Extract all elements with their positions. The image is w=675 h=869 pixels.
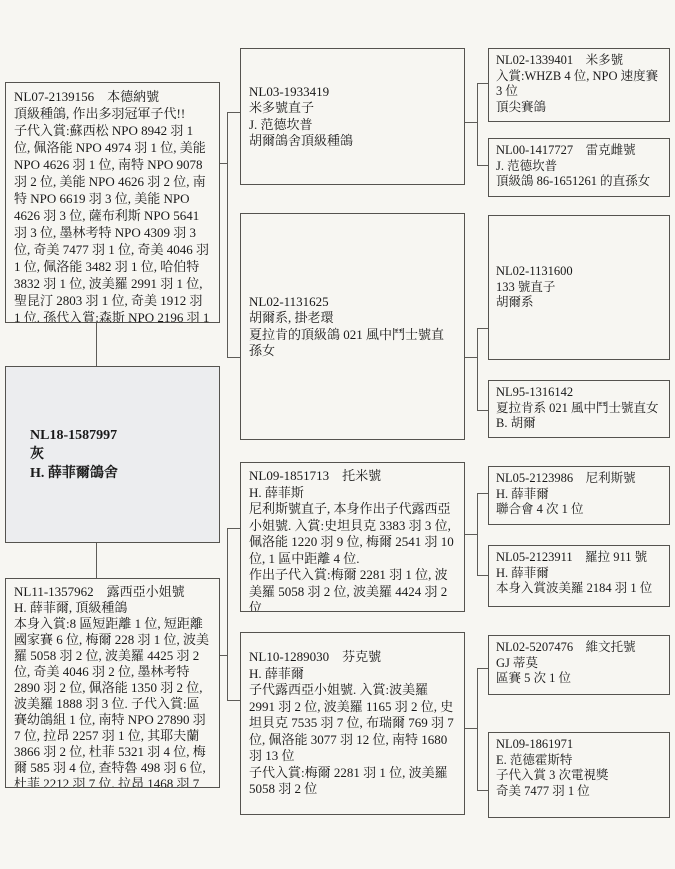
pedigree-box-sd-sire: NL02-1131600 133 號直子 胡爾系 bbox=[488, 215, 670, 360]
box-title: NL10-1289030 芬克號 bbox=[249, 649, 456, 666]
box-title: NL00-1417727 雷克雌號 bbox=[496, 143, 662, 159]
box-body: H. 薛菲爾 子代露西亞小姐號. 入賞:波美羅 2991 羽 2 位, 波美羅 … bbox=[249, 666, 456, 798]
box-body: 夏拉肯系 021 風中鬥士號直女 B. 胡爾 bbox=[496, 401, 662, 432]
pedigree-box-dam-sire: NL09-1851713 托米號 H. 薛菲斯 尼利斯號直子, 本身作出子代露西… bbox=[240, 462, 465, 612]
pedigree-box-ds-dam: NL05-2123911 羅拉 911 號 H. 薛菲爾 本身入賞波美羅 218… bbox=[488, 545, 670, 607]
connector-line bbox=[227, 112, 240, 113]
pedigree-box-sire-dam: NL02-1131625 胡爾系, 掛老環 夏拉肯的頂級鴿 021 風中鬥士號直… bbox=[240, 213, 465, 440]
pedigree-box-dd-sire: NL02-5207476 維文托號 GJ 蒂莫 區賽 5 次 1 位 bbox=[488, 635, 670, 695]
box-body: 頂級種鴿, 作出多羽冠軍子代!! 子代入賞:蘇西松 NPO 8942 羽 1 位… bbox=[14, 105, 211, 323]
connector-line bbox=[477, 410, 488, 411]
subject-color: 灰 bbox=[30, 445, 211, 464]
pedigree-chart: NL07-2139156 本德納號 頂級種鴿, 作出多羽冠軍子代!! 子代入賞:… bbox=[0, 0, 675, 869]
box-body: GJ 蒂莫 區賽 5 次 1 位 bbox=[496, 656, 662, 687]
pedigree-box-ds-sire: NL05-2123986 尼利斯號 H. 薛菲爾 聯合會 4 次 1 位 bbox=[488, 466, 670, 525]
box-title: NL09-1851713 托米號 bbox=[249, 468, 456, 485]
subject-ring: NL18-1587997 bbox=[30, 426, 211, 445]
pedigree-box-dam: NL11-1357962 露西亞小姐號 H. 薛菲爾, 頂級種鴿 本身入賞:8 … bbox=[5, 578, 220, 788]
box-body: H. 薛菲斯 尼利斯號直子, 本身作出子代露西亞小姐號. 入賞:史坦貝克 338… bbox=[249, 485, 456, 613]
box-body: 胡爾系, 掛老環 夏拉肯的頂級鴿 021 風中鬥士號直孫女 bbox=[249, 310, 456, 360]
connector-line bbox=[477, 83, 478, 166]
connector-line bbox=[465, 122, 477, 123]
box-body: E. 范德霍斯特 子代入賞 3 次電視獎 奇美 7477 羽 1 位 bbox=[496, 753, 662, 800]
connector-line bbox=[477, 668, 478, 791]
box-title: NL05-2123986 尼利斯號 bbox=[496, 471, 662, 487]
box-title: NL05-2123911 羅拉 911 號 bbox=[496, 550, 662, 566]
box-title: NL02-1339401 米多號 bbox=[496, 53, 662, 69]
connector-line bbox=[477, 575, 488, 576]
connector-line bbox=[477, 328, 488, 329]
box-body: 入賞:WHZB 4 位, NPO 速度賽 3 位 頂尖賽鴿 bbox=[496, 69, 662, 116]
connector-line bbox=[477, 790, 488, 791]
pedigree-box-dam-dam: NL10-1289030 芬克號 H. 薛菲爾 子代露西亞小姐號. 入賞:波美羅… bbox=[240, 632, 465, 815]
connector-line bbox=[227, 528, 228, 701]
box-title: NL07-2139156 本德納號 bbox=[14, 88, 211, 105]
connector-line bbox=[465, 534, 477, 535]
pedigree-box-ss-dam: NL00-1417727 雷克雌號 J. 范德坎普 頂級鴿 86-1651261… bbox=[488, 138, 670, 197]
pedigree-box-dd-dam: NL09-1861971 E. 范德霍斯特 子代入賞 3 次電視獎 奇美 747… bbox=[488, 732, 670, 818]
box-title: NL02-1131600 bbox=[496, 264, 662, 280]
pedigree-box-sd-dam: NL95-1316142 夏拉肯系 021 風中鬥士號直女 B. 胡爾 bbox=[488, 380, 670, 438]
pedigree-box-subject: NL18-1587997 灰 H. 薛菲爾鴿舍 bbox=[5, 366, 220, 543]
pedigree-box-ss-sire: NL02-1339401 米多號 入賞:WHZB 4 位, NPO 速度賽 3 … bbox=[488, 48, 670, 122]
connector-line bbox=[477, 83, 488, 84]
box-title: NL09-1861971 bbox=[496, 737, 662, 753]
connector-line bbox=[477, 328, 478, 411]
box-body: H. 薛菲爾 聯合會 4 次 1 位 bbox=[496, 487, 662, 518]
connector-line bbox=[465, 728, 477, 729]
box-title: NL02-1131625 bbox=[249, 294, 456, 311]
subject-loft: H. 薛菲爾鴿舍 bbox=[30, 464, 211, 483]
box-title: NL03-1933419 bbox=[249, 84, 456, 101]
connector-line bbox=[96, 323, 97, 366]
connector-line bbox=[477, 493, 488, 494]
box-body: H. 薛菲爾 本身入賞波美羅 2184 羽 1 位 bbox=[496, 566, 662, 597]
connector-line bbox=[227, 700, 240, 701]
connector-line bbox=[227, 112, 228, 358]
box-body: H. 薛菲爾, 頂級種鴿 本身入賞:8 區短距離 1 位, 短距離國家賽 6 位… bbox=[14, 600, 211, 788]
box-body: J. 范德坎普 頂級鴿 86-1651261 的直孫女 bbox=[496, 159, 662, 190]
box-title: NL95-1316142 bbox=[496, 385, 662, 401]
connector-line bbox=[227, 528, 240, 529]
box-title: NL11-1357962 露西亞小姐號 bbox=[14, 584, 211, 600]
connector-line bbox=[477, 165, 488, 166]
box-body: 米多號直子 J. 范德坎普 胡爾鴿舍頂級種鴿 bbox=[249, 100, 456, 150]
box-body: 133 號直子 胡爾系 bbox=[496, 280, 662, 311]
pedigree-box-sire-sire: NL03-1933419 米多號直子 J. 范德坎普 胡爾鴿舍頂級種鴿 bbox=[240, 48, 465, 185]
pedigree-box-sire: NL07-2139156 本德納號 頂級種鴿, 作出多羽冠軍子代!! 子代入賞:… bbox=[5, 82, 220, 323]
box-title: NL02-5207476 維文托號 bbox=[496, 640, 662, 656]
connector-line bbox=[227, 357, 240, 358]
connector-line bbox=[96, 543, 97, 578]
connector-line bbox=[465, 357, 477, 358]
connector-line bbox=[477, 493, 478, 576]
connector-line bbox=[477, 668, 488, 669]
